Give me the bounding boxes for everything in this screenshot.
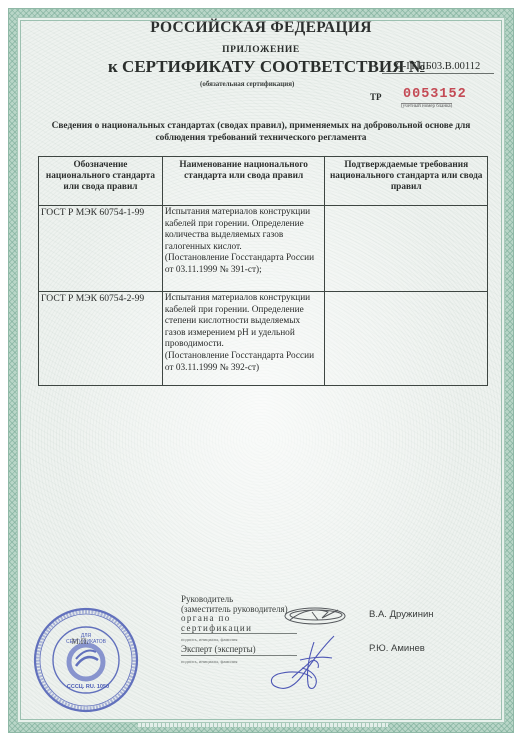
blank-number: 0053152 bbox=[403, 87, 467, 102]
head-title-line3: органа по сертификации bbox=[181, 614, 297, 634]
standard-code: ГОСТ Р МЭК 60754-1-99 bbox=[39, 206, 163, 292]
head-name: В.А. Дружинин bbox=[369, 609, 434, 620]
seal-reg-code: СССЦ. RU. 1050 bbox=[67, 684, 109, 690]
certificate-number: С-IT.ПБ03.В.00112 bbox=[382, 61, 494, 74]
table-header-row: Обозначение национального стандарта или … bbox=[39, 157, 488, 206]
table-row: ГОСТ Р МЭК 60754-1-99 Испытания материал… bbox=[39, 206, 488, 292]
standard-requirements bbox=[325, 292, 488, 386]
country-title: РОССИЙСКАЯ ФЕДЕРАЦИЯ bbox=[0, 19, 522, 37]
table-row: ГОСТ Р МЭК 60754-2-99 Испытания материал… bbox=[39, 292, 488, 386]
standard-name: Испытания материалов конструкции кабелей… bbox=[162, 206, 325, 292]
standard-decree: (Постановление Госстандарта России от 03… bbox=[165, 253, 314, 275]
header-name: Наименование национального стандарта или… bbox=[162, 157, 325, 206]
standard-title: Испытания материалов конструкции кабелей… bbox=[165, 207, 310, 252]
header-requirements: Подтверждаемые требования национального … bbox=[325, 157, 488, 206]
standards-table: Обозначение национального стандарта или … bbox=[38, 156, 488, 386]
seal-stamp-icon: ДЛЯ СЕРТИФИКАТОВ М.П. СССЦ. RU. 1050 bbox=[28, 604, 146, 716]
seal-mp-mark: М.П. bbox=[72, 637, 89, 646]
standard-requirements bbox=[325, 206, 488, 292]
appendix-label: ПРИЛОЖЕНИЕ bbox=[0, 45, 522, 55]
microtext-strip bbox=[138, 723, 388, 727]
standard-title: Испытания материалов конструкции кабелей… bbox=[165, 293, 310, 349]
header-designation: Обозначение национального стандарта или … bbox=[39, 157, 163, 206]
head-signature-icon bbox=[282, 598, 348, 632]
standard-code: ГОСТ Р МЭК 60754-2-99 bbox=[39, 292, 163, 386]
intro-text: Сведения о национальных стандартах (свод… bbox=[30, 120, 492, 144]
expert-signature-icon bbox=[262, 632, 344, 696]
certification-type: (обязательная сертификация) bbox=[200, 80, 294, 88]
certificate-heading: к СЕРТИФИКАТУ СООТВЕТСТВИЯ № bbox=[108, 57, 426, 77]
standard-name: Испытания материалов конструкции кабелей… bbox=[162, 292, 325, 386]
certificate-heading-text: к СЕРТИФИКАТУ СООТВЕТСТВИЯ bbox=[108, 57, 404, 76]
standard-decree: (Постановление Госстандарта России от 03… bbox=[165, 351, 314, 373]
tr-label: ТР bbox=[370, 92, 382, 102]
blank-number-caption: (учетный номер бланка) bbox=[401, 103, 452, 109]
expert-name: Р.Ю. Аминев bbox=[369, 643, 425, 654]
